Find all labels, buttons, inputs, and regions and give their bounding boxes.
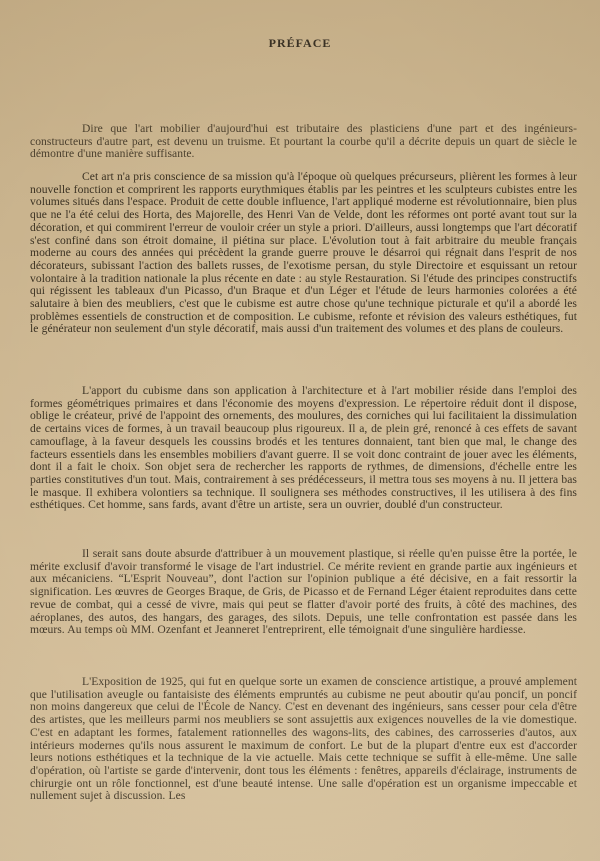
paragraph-1: Dire que l'art mobilier d'aujourd'hui es… [30,123,577,161]
paragraph-3: L'apport du cubisme dans son application… [30,385,577,512]
paragraph-5: L'Exposition de 1925, qui fut en quelque… [30,676,577,803]
page-title: PRÉFACE [0,36,600,51]
paragraph-4: Il serait sans doute absurde d'attribuer… [30,548,577,637]
paragraph-2: Cet art n'a pris conscience de sa missio… [30,171,577,336]
